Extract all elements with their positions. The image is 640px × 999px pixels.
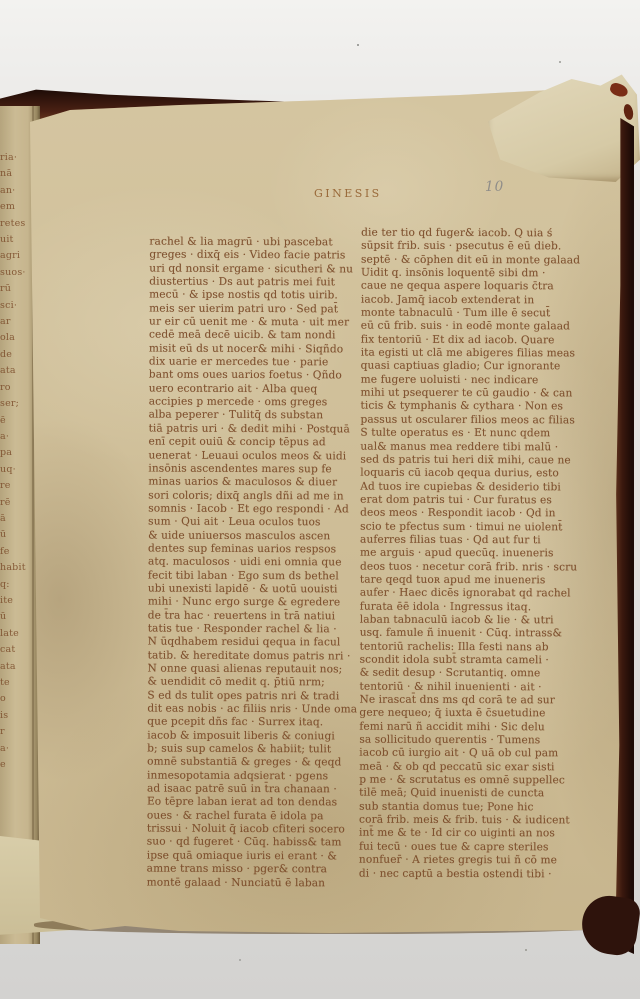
text-line: sed ds patris tui heri dix̄ mihi, caue n… [360,453,570,467]
text-line: ria· [0,150,30,166]
text-line: o [0,691,30,707]
text-line: late [0,626,30,642]
text-line: re [0,478,30,494]
text-line: sa sollicitudo querentis · Tumens [359,734,569,748]
text-line: mihi ut psequerer te cū gaudio · & can [361,387,571,401]
text-line: sūpsit frib. suis · psecutus ē eū dieb. [361,240,571,254]
text-line: & sedit desup · Scrutantiq. omne [360,667,570,681]
text-line: S tulte operatus es · Et nunc qdem [360,427,570,441]
text-line: ser; [0,396,30,412]
text-line: insōnis ascendentes mares sup fe [148,462,360,476]
text-line: ita egisti ut clā me abigeres filias mea… [361,347,571,361]
text-line: sori coloris; dixq̄ angls dñi ad me in [148,489,360,503]
text-line: loquaris cū iacob qequa durius, esto [360,467,570,481]
text-line: fui tecū · oues tue & capre steriles [359,840,569,854]
text-line: uenerat · Leuaui oculos meos & uidi [148,449,360,463]
text-line: gere nequeo; q̄ iuxta ē c̄suetudine [359,707,569,721]
text-column-left: rachel & lia magrū · ubi pascebatgreges … [147,236,362,891]
text-line: em [0,199,30,215]
text-line: corā frib. meis & frib. tuis · & iudicen… [359,814,569,828]
text-line: me arguis · apud quecūq. inueneris [360,547,570,561]
text-line: misit eū ds ut nocer& mihi · Siqñdo [149,342,361,356]
manuscript-page: GINESIS 10 rachel & lia magrū · ubi pasc… [30,88,624,940]
text-line: accipies p mercede · oms greges [149,396,361,410]
text-line: ā [0,511,30,527]
text-line: enī cepit ouiū & concip tēpus ad [148,436,360,450]
text-line: ipse quā omiaque iuris ei erant · & [147,849,359,863]
text-line: tentoriū rachelis: Illa festi nans ab [360,640,570,654]
text-line: sub stantia domus tue; Pone hic [359,800,569,814]
text-line: greges · dixq̄ eis · Video facie patris [149,249,361,263]
text-line: oues · & rachel furata ē idola pa [147,809,359,823]
text-line: a· [0,429,30,445]
text-line: tentoriū · & nihil inuenienti · ait · [360,680,570,694]
text-line: inmesopotamia adqsierat · pgens [147,769,359,783]
text-line: ubi unexisti lapidē · & uotū uouisti [148,582,360,596]
text-line: alba peperer · Tulitq̄ ds substan [149,409,361,423]
text-line: uq· [0,462,30,478]
text-column-right: die ter tio qd fuger& iacob. Q uia śsūps… [359,227,571,882]
text-line: N onne quasi alienas reputauit nos; [148,663,360,677]
text-line: mecū · & ipse nostis qd totis uirib. [149,289,361,303]
text-line: tatib. & hereditate domus patris nri · [148,649,360,663]
text-line: rū [0,281,30,297]
text-line: iacob & imposuit liberis & coniugi [147,729,359,743]
text-line: ata [0,659,30,675]
text-line: suo · qd fugeret · Cūq. habiss& tam [147,836,359,850]
text-line: ual& manus mea reddere tibi malū · [360,440,570,454]
text-line: nonfuer̄ · A rietes gregis tui ñ cō me [359,854,569,868]
text-line: ro [0,380,30,396]
text-line: fix tentoriū · Et dix ad iacob. Quare [361,333,571,347]
text-line: Eo tēpre laban ierat ad ton dendas [147,796,359,810]
text-line: femi narū ñ accidit mihi · Sic delu [359,720,569,734]
text-line: bant oms oues uarios foetus · Qñdo [149,369,361,383]
text-line: cedē meā decē uicib. & tam nondi [149,329,361,343]
text-line: ad isaac patrē suū in t̄ra chanaan · [147,783,359,797]
text-line: ū [0,527,30,543]
text-line: pa [0,445,30,461]
text-line: laban tabnaculū iacob & lie · & utri [360,614,570,628]
text-line: meis ser uierim patri uro · Sed pat̄ [149,302,361,316]
text-line: N ūqdhabem residui qequa in facul [148,636,360,650]
text-line: fe [0,544,30,560]
text-line: ē [0,413,30,429]
text-line: uero econtrario ait · Alba queq [149,382,361,396]
text-line: scondit idola subt̄ stramta cameli · [360,654,570,668]
text-line: ur eir cū uenit me · & muta · uit mer [149,316,361,330]
text-line: e [0,757,30,773]
text-line: Uidit q. insōnis loquentē sibi dm · [361,267,571,281]
text-line: iacob. Jamq̄ iacob extenderat in [361,293,571,307]
text-line: minas uarios & maculosos & diuer [148,476,360,490]
text-line: r [0,724,30,740]
text-line: nā [0,166,30,182]
text-line: te [0,675,30,691]
text-line: somnis · Iacob · Et ego respondi · Ad [148,502,360,516]
dust-specks [357,44,359,46]
text-line: caue ne qequa aspere loquaris c̄tra [361,280,571,294]
text-line: a· [0,741,30,757]
text-line: tatis tue · Responder rachel & lia · [148,623,360,637]
text-line: deos tuos · necetur corā frib. nris · sc… [360,560,570,574]
text-line: Ne irascat̄ dns ms qd corā te ad sur [359,694,569,708]
text-line: aufer · Haec dicēs ignorabat qd rachel [360,587,570,601]
text-line: ite [0,593,30,609]
text-line: uri qd nonsit ergame · sicutheri & nu [149,262,361,276]
text-line: septē · & cōphen dit eū in monte galaad [361,253,571,267]
text-line: trissui · Noluit q̄ iacob cfiteri socero [147,823,359,837]
text-line: cat [0,642,30,658]
text-line: die ter tio qd fuger& iacob. Q uia ś [361,227,571,241]
text-line: fecit tibi laban · Ego sum ds bethel [148,569,360,583]
text-line: scio te pfectus sum · timui ne uiolent̄ [360,520,570,534]
text-line: que pcepit dñs fac · Surrex itaq. [147,716,359,730]
text-line: sum · Qui ait · Leua oculos tuos [148,516,360,530]
text-line: S ed ds tulit opes patris nri & tradi [147,689,359,703]
text-line: Ad tuos ire cupiebas & desiderio tibi [360,480,570,494]
text-line: eū cū frib. suis · in eodē monte galaad [361,320,571,334]
text-line: an· [0,183,30,199]
text-line: deos meos · Respondit iacob · Qd in [360,507,570,521]
text-line: me fugere uoluisti · nec indicare [361,373,571,387]
text-line: de [0,347,30,363]
text-line: rachel & lia magrū · ubi pascebat [149,236,361,250]
text-line: q: [0,577,30,593]
text-line: passus ut oscularer filios meos ac filia… [360,413,570,427]
text-line: ar [0,314,30,330]
text-line: p me · & scrutatus es omnē suppellec [359,774,569,788]
text-line: rē [0,495,30,511]
text-line: is [0,708,30,724]
text-line: uit [0,232,30,248]
text-line: retes [0,216,30,232]
running-title: GINESIS [314,187,382,200]
text-line: de t̄ra hac · reuertens in t̄rā natiui [148,609,360,623]
text-line: erat dom patris tui · Cur furatus es [360,494,570,508]
text-line: & uendidit cō medit q. p̄tiū nrm; [147,676,359,690]
text-line: dentes sup feminas uarios respsos [148,542,360,556]
text-line: quasi captiuas gladio; Cur ignorante [361,360,571,374]
text-line: ū [0,609,30,625]
text-line: omnē substantiā & greges · & qeqd [147,756,359,770]
text-line: tare qeqd tuoʀ apud me inueneris [360,574,570,588]
text-line: agri [0,248,30,264]
text-line: suos· [0,265,30,281]
text-line: monte tabnaculū · Tum ille ē secut̄ [361,307,571,321]
text-line: tiā patris uri · & dedit mihi · Postquā [149,422,361,436]
text-line: sci· [0,298,30,314]
text-line: habit [0,560,30,576]
manuscript-photograph: ria·nāan·emretesuitagrisuos·rūsci·arolad… [0,0,640,999]
text-line: atq. maculosos · uidi eni omnia que [148,556,360,570]
text-line: ata [0,363,30,379]
text-line: montē galaad · Nunciatū ē laban [147,876,359,890]
text-line: furata ēē idola · Ingressus itaq. [360,600,570,614]
text-line: mihi · Nunc ergo surge & egredere [148,596,360,610]
text-line: & uide uniuersos masculos ascen [148,529,360,543]
text-line: ticis & tymphanis & cythara · Non es [360,400,570,414]
text-line: b; suis sup camelos & habiit; tulit [147,743,359,757]
text-line: auferres filias tuas · Qd aut fur ti [360,534,570,548]
text-line: iacob cū iurgio ait · Q uā ob cul pam [359,747,569,761]
text-line: int̄ me & te · Id cir co uiginti an nos [359,827,569,841]
text-line: tilē meā; Quid inuenisti de cuncta [359,787,569,801]
text-line: amne trans misso · pger& contra [147,863,359,877]
text-line: meā · & ob qd peccatū sic exar sisti [359,760,569,774]
folio-number: 10 [485,179,504,195]
text-line: diustertius · Ds aut patris mei fuit [149,276,361,290]
text-line: di · nec captū a bestia ostendi tibi · [359,867,569,881]
facing-page-fragment-column: ria·nāan·emretesuitagrisuos·rūsci·arolad… [0,150,30,773]
text-line: usq. famule ñ inuenit · Cūq. intrass& [360,627,570,641]
text-line: ola [0,330,30,346]
